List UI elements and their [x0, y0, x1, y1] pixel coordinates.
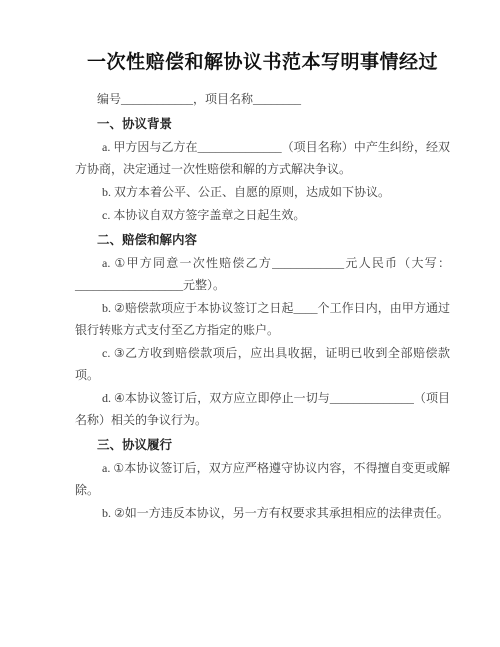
section-1-heading: 一、协议背景: [75, 113, 450, 135]
clause-1b: b. 双方本着公平、公正、自愿的原则，达成如下协议。: [75, 181, 450, 203]
document-page: 一次性赔偿和解协议书范本写明事情经过 编号____________，项目名称__…: [0, 0, 500, 524]
clause-3b: b. ②如一方违反本协议，另一方有权要求其承担相应的法律责任。: [75, 502, 450, 524]
clause-3a: a. ①本协议签订后，双方应严格遵守协议内容，不得擅自变更或解除。: [75, 457, 450, 501]
document-title: 一次性赔偿和解协议书范本写明事情经过: [75, 44, 450, 82]
clause-1c: c. 本协议自双方签字盖章之日起生效。: [75, 204, 450, 226]
clause-2c: c. ③乙方收到赔偿款项后，应出具收据，证明已收到全部赔偿款项。: [75, 342, 450, 386]
clause-2a: a. ①甲方同意一次性赔偿乙方____________元人民币（大写：_____…: [75, 252, 450, 296]
meta-line-number-and-project: 编号____________，项目名称________: [75, 88, 450, 110]
clause-1a: a. 甲方因与乙方在______________（项目名称）中产生纠纷，经双方协…: [75, 136, 450, 180]
section-3-heading: 三、协议履行: [75, 434, 450, 456]
clause-2b: b. ②赔偿款项应于本协议签订之日起____个工作日内，由甲方通过银行转账方式支…: [75, 297, 450, 341]
section-2-heading: 二、赔偿和解内容: [75, 229, 450, 251]
clause-2d: d. ④本协议签订后，双方应立即停止一切与______________（项目名称…: [75, 387, 450, 431]
